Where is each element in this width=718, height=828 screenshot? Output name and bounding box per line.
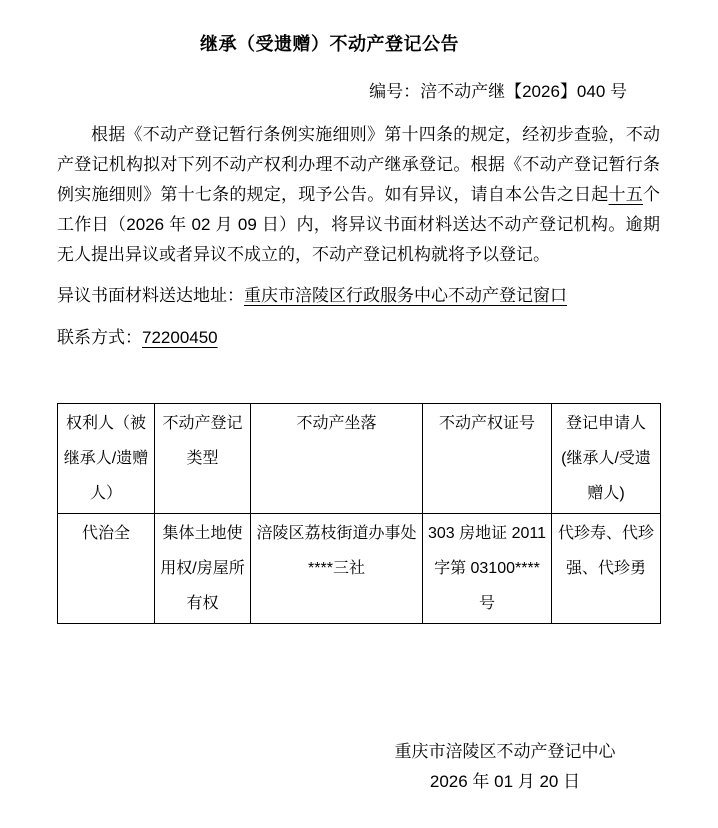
- deadline-days-underline: 十五: [609, 185, 643, 204]
- cell-certificate-number: 303 房地证 2011 字第 03100****号: [423, 514, 552, 624]
- cell-property-location: 涪陵区荔枝街道办事处****三社: [251, 514, 423, 624]
- issue-date: 2026 年 01 月 20 日: [375, 767, 635, 797]
- notice-paragraph: 根据《不动产登记暂行条例实施细则》第十四条的规定，经初步查验，不动产登记机构拟对…: [57, 120, 660, 270]
- contact-line: 联系方式：72200450: [57, 327, 660, 349]
- contact-label: 联系方式：: [57, 328, 142, 347]
- table-row: 代治全 集体土地使用权/房屋所有权 涪陵区荔枝街道办事处****三社 303 房…: [58, 514, 661, 624]
- address-line: 异议书面材料送达地址：重庆市涪陵区行政服务中心不动产登记窗口: [57, 285, 660, 307]
- footer-signature: 重庆市涪陵区不动产登记中心 2026 年 01 月 20 日: [375, 737, 635, 797]
- header-property-location: 不动产坐落: [251, 404, 423, 514]
- cell-registration-type: 集体土地使用权/房屋所有权: [155, 514, 251, 624]
- document-page: 继承（受遗赠）不动产登记公告 编号：涪不动产继【2026】040 号 根据《不动…: [0, 0, 718, 828]
- page-title: 继承（受遗赠）不动产登记公告: [57, 33, 660, 55]
- notice-text-before: 根据《不动产登记暂行条例实施细则》第十四条的规定，经初步查验，不动产登记机构拟对…: [57, 125, 660, 204]
- registration-table: 权利人（被继承人/遗赠人） 不动产登记类型 不动产坐落 不动产权证号 登记申请人…: [57, 403, 661, 624]
- header-applicant: 登记申请人(继承人/受遗赠人): [552, 404, 661, 514]
- table-header-row: 权利人（被继承人/遗赠人） 不动产登记类型 不动产坐落 不动产权证号 登记申请人…: [58, 404, 661, 514]
- cell-applicant: 代珍寿、代珍强、代珍勇: [552, 514, 661, 624]
- address-value: 重庆市涪陵区行政服务中心不动产登记窗口: [244, 286, 567, 305]
- issuing-org: 重庆市涪陵区不动产登记中心: [375, 737, 635, 767]
- header-registration-type: 不动产登记类型: [155, 404, 251, 514]
- cell-rights-holder: 代治全: [58, 514, 155, 624]
- contact-value: 72200450: [142, 328, 218, 347]
- address-label: 异议书面材料送达地址：: [57, 286, 244, 305]
- doc-number: 编号：涪不动产继【2026】040 号: [57, 81, 660, 103]
- header-rights-holder: 权利人（被继承人/遗赠人）: [58, 404, 155, 514]
- header-certificate-number: 不动产权证号: [423, 404, 552, 514]
